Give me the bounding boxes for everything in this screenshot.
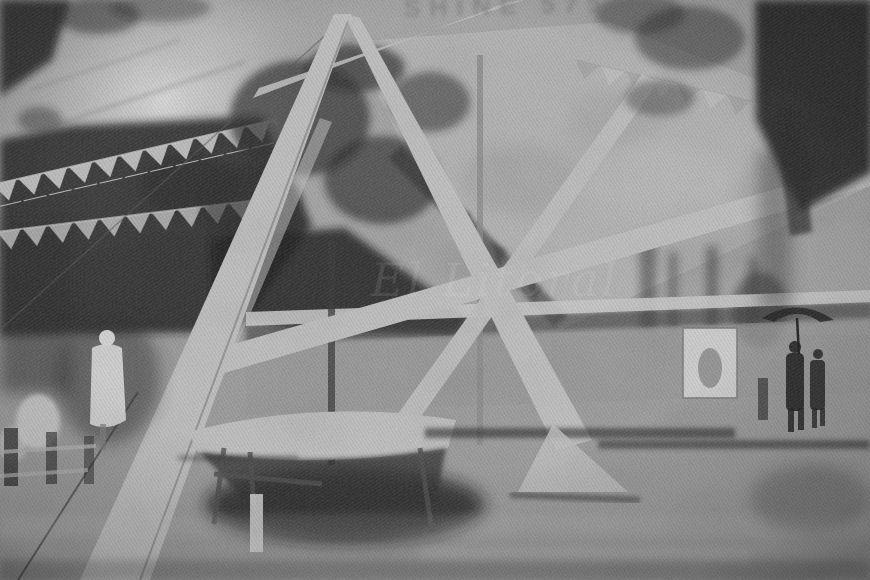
photo-canvas: SHINE 5757 El Litoral [0, 0, 870, 580]
halftone-photograph: SHINE 5757 El Litoral [0, 0, 870, 580]
grain-light-overlay [0, 0, 870, 580]
